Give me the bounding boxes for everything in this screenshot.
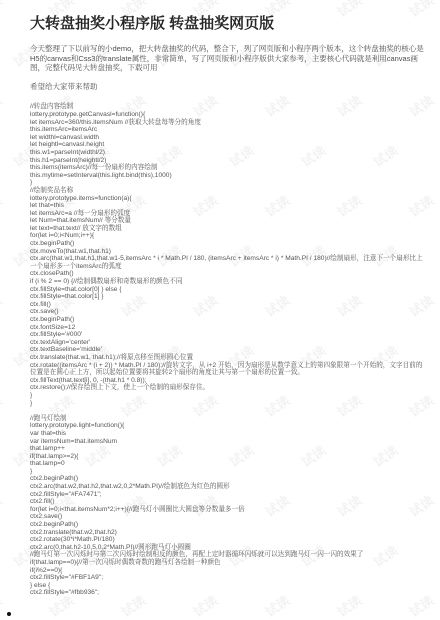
code-line: let itemsArc=360/this.itemsNum //获取大转盘每等… [30,119,428,127]
code-line: this.items(itemsArc)//每一份扇形的内容绘制 [30,164,428,172]
code-line: if(i%2==0){ [30,567,428,575]
code-line: ctx2.translate(that.w2,that.h2) [30,529,428,537]
code-line: ctx.fillStyle='#000' [30,331,428,339]
code-line: ctx.arc(that.w1,that.h1,that.w1-5,itemsA… [30,255,428,270]
code-line: //绘制奖品名称 [30,187,428,195]
code-line: //跑马灯第一次闪烁时与第二次闪烁时绘制相反的颜色，再配上定时器循环闪烁就可以达… [30,551,428,559]
code-line: this.mytime=setInterval(this.light.bind(… [30,172,428,180]
code-line [30,407,428,415]
code-line: ctx.restore();//保存绘图上下文，使上一个绘制的扇形保存住。 [30,384,428,392]
code-line: var itemsNum=that.itemsNum [30,438,428,446]
code-line: for(let i=0;i<that.itemsNum*2;i++){//跑马灯… [30,506,428,514]
code-line: } else { [30,582,428,590]
code-line: } [30,468,428,476]
code-line: ctx.textAlign='center' [30,339,428,347]
code-line: lottery.prototype.getCanvasl=function(){ [30,111,428,119]
code-line: //跑马灯绘制 [30,415,428,423]
code-line: ctx2.fillStyle="#FA7471"; [30,491,428,499]
code-line: ctx.rotate((itemsArc * (i + 2)) * Math.P… [30,362,428,377]
code-line: this.itemsArc=itemsArc [30,126,428,134]
code-line: var that=this [30,430,428,438]
code-line: ctx2.save() [30,513,428,521]
code-line: ctx.translate(that.w1, that.h1);//将原点移至图… [30,354,428,362]
code-line: ctx.textBaseline='middle' [30,346,428,354]
code-line: ctx2.fillStyle="#FBF1A9"; [30,574,428,582]
list-bullet-icon [7,612,11,616]
code-line: let widthl=canvasl.width [30,134,428,142]
code-line: } [30,400,428,408]
code-line: ctx2.arc(that.w2,that.h2,that.w2,0,2*Mat… [30,483,428,491]
code-line: lottery.prototype.items=function(a){ [30,195,428,203]
code-line: let text=that.text// 放文字的数组 [30,225,428,233]
intro-paragraph-2: 希望给大家带来帮助 [30,82,428,92]
code-line: that.lamp++ [30,445,428,453]
code-line: ctx.beginPath() [30,240,428,248]
code-line: //转盘内容绘制 [30,103,428,111]
code-line: let heightl=canvasl.height [30,141,428,149]
code-line: this.h1=parseInt(heightl/2) [30,157,428,165]
code-line: this.w1=parseInt(widthl/2) [30,149,428,157]
code-block: //转盘内容绘制lottery.prototype.getCanvasl=fun… [30,103,428,597]
document-page: 试读试读试读试读试读试读试读试读试读试读试读试读试读试读试读试读试读试读试读试读… [0,0,440,620]
code-line: ctx.closePath() [30,270,428,278]
code-line: ctx.save() [30,308,428,316]
code-line: if (i % 2 == 0) {//绘制偶数扇形和奇数扇形的颜色不同 [30,278,428,286]
code-line: ctx.fillStyle=that.color[0] } else { [30,286,428,294]
code-line: ctx2.fill() [30,498,428,506]
code-line: ctx.beginPath() [30,316,428,324]
code-line: ctx.fontSize=12 [30,324,428,332]
code-line: let Num=that.itemsNum// 等分数量 [30,217,428,225]
code-line: that.lamp=0 [30,460,428,468]
code-line: ctx.fill() [30,301,428,309]
code-line: ctx2.beginPath() [30,475,428,483]
code-line: for(let i=0;i<Num;i++){ [30,232,428,240]
code-line: ctx.fillStyle=that.color[1] } [30,293,428,301]
code-line: ctx2.rotate(30*i*Math.PI/180) [30,536,428,544]
page-title: 大转盘抽奖小程序版 转盘抽奖网页版 [30,14,428,34]
code-line: lottery.prototype.light=function(){ [30,422,428,430]
code-line: } [30,179,428,187]
code-line: if(that.lamp>=2){ [30,453,428,461]
article-content: 大转盘抽奖小程序版 转盘抽奖网页版 今天整理了下以前写的小demo，把大转盘抽奖… [0,0,440,597]
code-line: let that=this [30,202,428,210]
code-line: } [30,392,428,400]
intro-paragraph: 今天整理了下以前写的小demo，把大转盘抽奖的代码，整合下，列了网页版和小程序两… [30,44,428,73]
code-line: if(that.lamp==0){//第一次闪烁时偶数奇数的跑马灯各绘制一种颜色 [30,559,428,567]
code-line: ctx2.beginPath() [30,521,428,529]
code-line: ctx2.fillStyle="#fbb936"; [30,589,428,597]
